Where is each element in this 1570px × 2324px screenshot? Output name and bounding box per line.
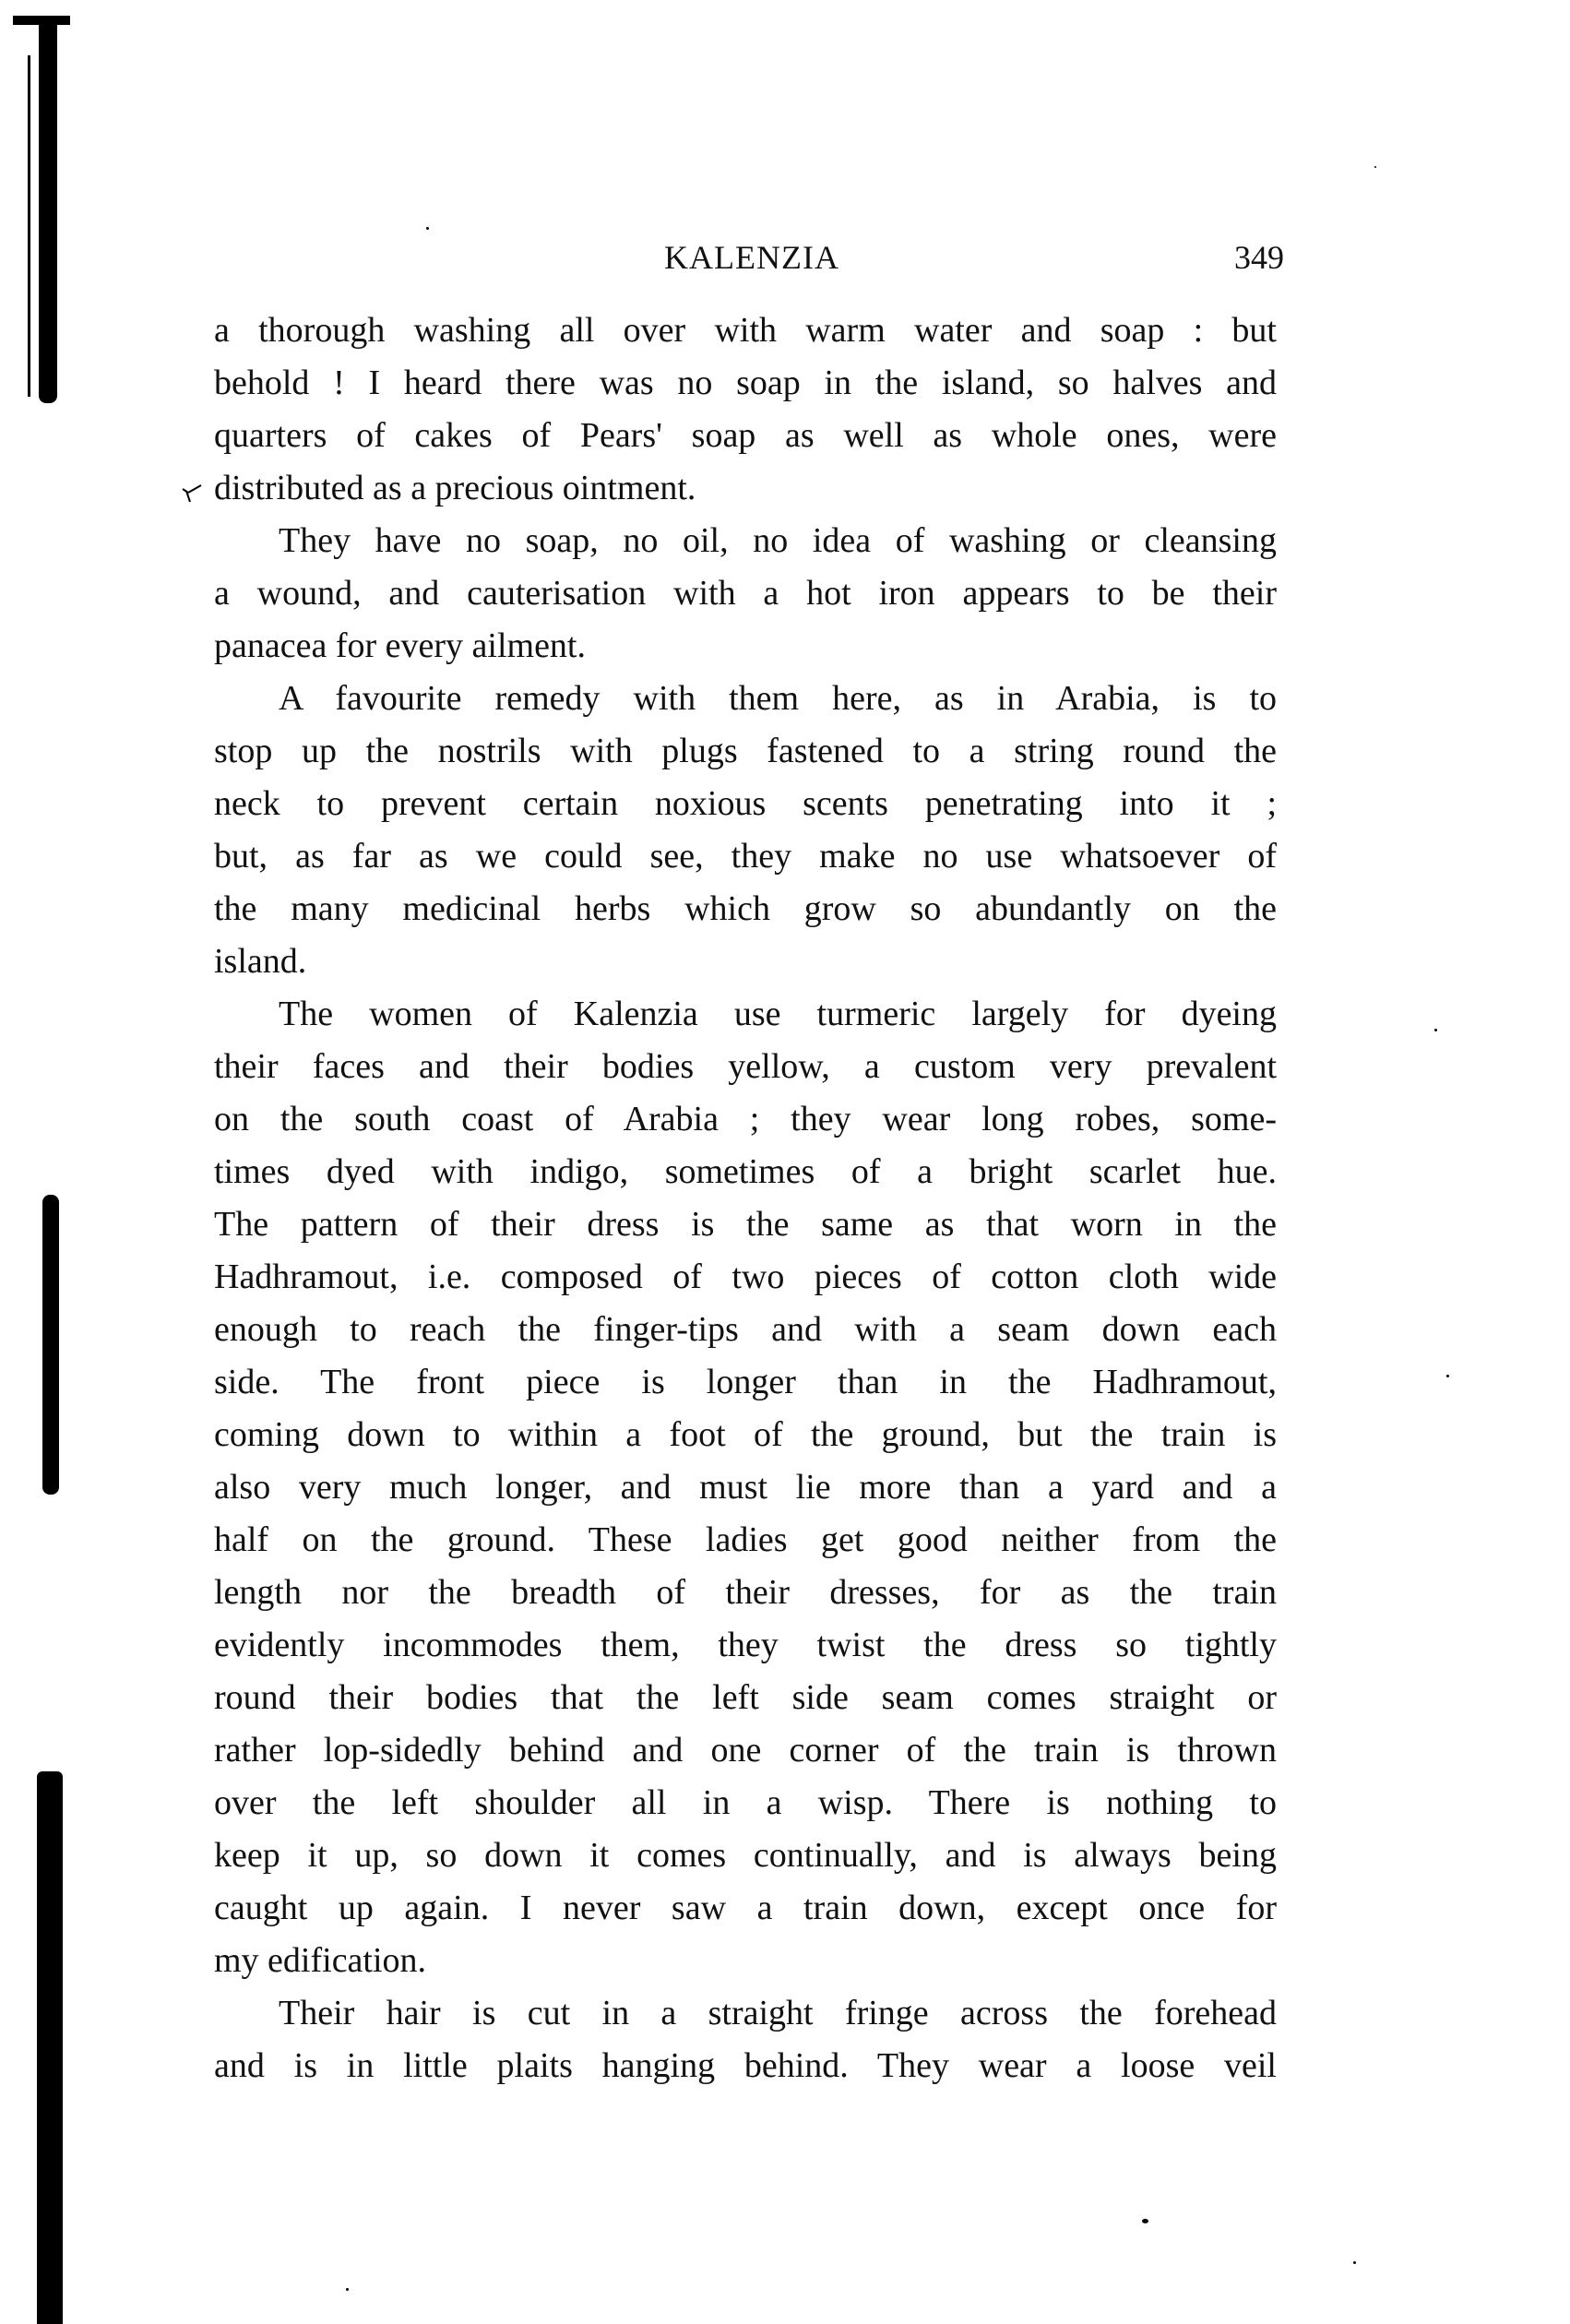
text-line: stop up the nostrils with plugs fastened… bbox=[214, 725, 1277, 778]
text-line: island. bbox=[214, 936, 1277, 988]
scan-binding-shadow-top-cap bbox=[13, 16, 70, 25]
scan-binding-shadow-top bbox=[39, 16, 57, 403]
book-page: KALENZIA 349 a thorough washing all over… bbox=[0, 0, 1570, 2324]
scan-binding-shadow-bottom bbox=[37, 1771, 63, 2324]
text-line: Hadhramout, i.e. composed of two pieces … bbox=[214, 1251, 1277, 1304]
text-line: They have no soap, no oil, no idea of wa… bbox=[279, 515, 1277, 567]
scan-speck bbox=[1446, 1375, 1449, 1377]
text-line: Their hair is cut in a straight fringe a… bbox=[279, 1987, 1277, 2040]
text-line: distributed as a precious ointment. bbox=[214, 462, 1277, 515]
text-line: A favourite remedy with them here, as in… bbox=[279, 673, 1277, 725]
text-line: and is in little plaits hanging behind. … bbox=[214, 2040, 1277, 2092]
scan-speck bbox=[426, 227, 429, 230]
text-line: caught up again. I never saw a train dow… bbox=[214, 1882, 1277, 1935]
text-line: on the south coast of Arabia ; they wear… bbox=[214, 1093, 1277, 1146]
page-number: 349 bbox=[1219, 238, 1284, 277]
text-line: The women of Kalenzia use turmeric large… bbox=[279, 988, 1277, 1041]
scan-speck bbox=[1142, 2219, 1148, 2223]
scan-speck bbox=[346, 2288, 349, 2291]
text-line: coming down to within a foot of the grou… bbox=[214, 1409, 1277, 1461]
running-head: KALENZIA 349 bbox=[0, 238, 1570, 284]
text-line: half on the ground. These ladies get goo… bbox=[214, 1514, 1277, 1567]
text-line: neck to prevent certain noxious scents p… bbox=[214, 778, 1277, 830]
text-line: a thorough washing all over with warm wa… bbox=[214, 304, 1277, 357]
text-line: enough to reach the finger-tips and with… bbox=[214, 1304, 1277, 1356]
text-line: a wound, and cauterisation with a hot ir… bbox=[214, 567, 1277, 620]
scan-speck bbox=[1353, 2261, 1356, 2264]
text-line: also very much longer, and must lie more… bbox=[214, 1461, 1277, 1514]
text-line: my edification. bbox=[214, 1935, 1277, 1987]
text-line: times dyed with indigo, sometimes of a b… bbox=[214, 1146, 1277, 1198]
text-line: side. The front piece is longer than in … bbox=[214, 1356, 1277, 1409]
margin-arrow-mark bbox=[181, 480, 203, 507]
scan-binding-shadow-middle bbox=[42, 1195, 59, 1495]
scan-speck bbox=[1374, 166, 1376, 168]
text-line: quarters of cakes of Pears' soap as well… bbox=[214, 410, 1277, 462]
text-line: keep it up, so down it comes continually… bbox=[214, 1829, 1277, 1882]
text-line: length nor the breadth of their dresses,… bbox=[214, 1567, 1277, 1619]
text-line: round their bodies that the left side se… bbox=[214, 1672, 1277, 1724]
text-line: the many medicinal herbs which grow so a… bbox=[214, 883, 1277, 936]
chapter-title: KALENZIA bbox=[646, 238, 858, 277]
text-line: over the left shoulder all in a wisp. Th… bbox=[214, 1777, 1277, 1829]
text-line: panacea for every ailment. bbox=[214, 620, 1277, 673]
scan-speck bbox=[1434, 1029, 1437, 1031]
scan-binding-shadow-top-thin bbox=[28, 55, 30, 397]
text-line: but, as far as we could see, they make n… bbox=[214, 830, 1277, 883]
text-line: evidently incommodes them, they twist th… bbox=[214, 1619, 1277, 1672]
text-line: their faces and their bodies yellow, a c… bbox=[214, 1041, 1277, 1093]
text-line: behold ! I heard there was no soap in th… bbox=[214, 357, 1277, 410]
text-line: rather lop-sidedly behind and one corner… bbox=[214, 1724, 1277, 1777]
text-line: The pattern of their dress is the same a… bbox=[214, 1198, 1277, 1251]
